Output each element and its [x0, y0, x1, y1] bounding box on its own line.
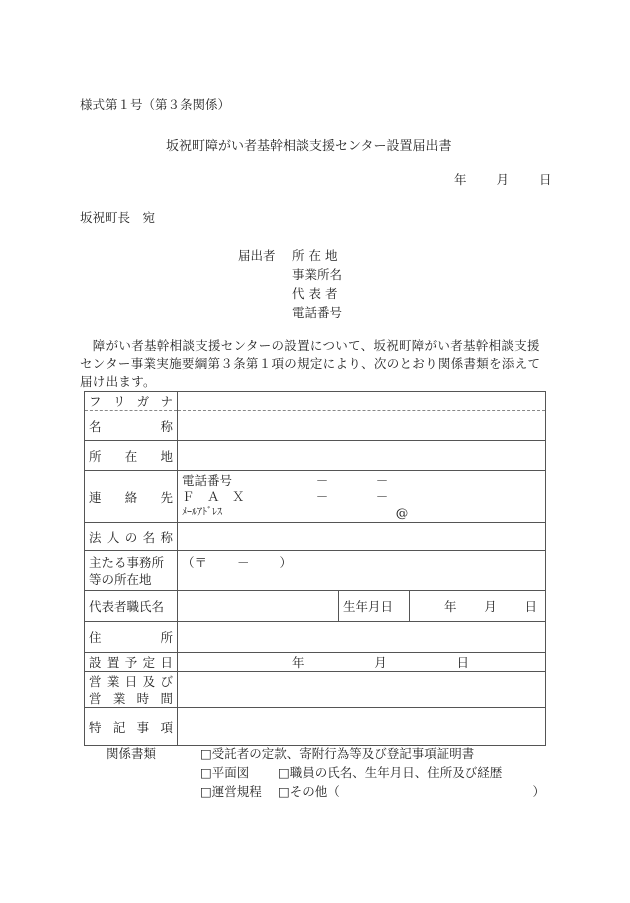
applicant-address: 所 在 地: [292, 246, 342, 265]
checkbox-other[interactable]: □その他（: [278, 782, 340, 801]
submission-date: 年月日: [454, 170, 552, 188]
date-day: 日: [539, 170, 552, 188]
checkbox-floor-plan[interactable]: □平面図: [200, 763, 278, 782]
applicant-office-name: 事業所名: [292, 265, 342, 284]
application-form-table: フリガナ 名称 所在地 連絡先 電話番号－－ Ｆ Ａ Ｘ－－ ﾒｰﾙｱﾄﾞﾚｽ@…: [84, 391, 546, 746]
applicant-label: 届出者: [238, 246, 276, 265]
form-number: 様式第１号（第３条関係）: [80, 95, 230, 113]
documents-label: 関係書類: [106, 744, 156, 763]
notes-field[interactable]: [178, 708, 546, 746]
main-office-field[interactable]: （〒－）: [178, 551, 546, 591]
document-title: 坂祝町障がい者基幹相談支援センター設置届出書: [166, 135, 451, 154]
planned-date-field[interactable]: 年月日: [178, 653, 546, 672]
checkbox-operating-rules[interactable]: □運営規程: [200, 782, 278, 801]
birthdate-field[interactable]: 年月日: [410, 591, 546, 621]
applicant-phone: 電話番号: [292, 303, 342, 322]
name-field[interactable]: [178, 411, 546, 441]
checkbox-staff-info[interactable]: □職員の氏名、生年月日、住所及び経歴: [278, 763, 502, 782]
applicant-representative: 代 表 者: [292, 284, 342, 303]
corporation-name-field[interactable]: [178, 523, 546, 551]
intro-paragraph: 障がい者基幹相談支援センターの設置について、坂祝町障がい者基幹相談支援センター事…: [80, 337, 550, 391]
checkbox-articles[interactable]: □受託者の定款、寄附行為等及び登記事項証明書: [200, 744, 474, 763]
address-field[interactable]: [178, 622, 546, 653]
representative-field[interactable]: [178, 591, 339, 621]
addressee: 坂祝町長 宛: [80, 208, 155, 226]
furigana-field[interactable]: [178, 392, 546, 411]
contact-field[interactable]: 電話番号－－ Ｆ Ａ Ｘ－－ ﾒｰﾙｱﾄﾞﾚｽ@: [178, 471, 546, 523]
location-field[interactable]: [178, 441, 546, 471]
date-year: 年: [454, 170, 467, 188]
date-month: 月: [497, 170, 510, 188]
business-hours-field[interactable]: [178, 672, 546, 708]
